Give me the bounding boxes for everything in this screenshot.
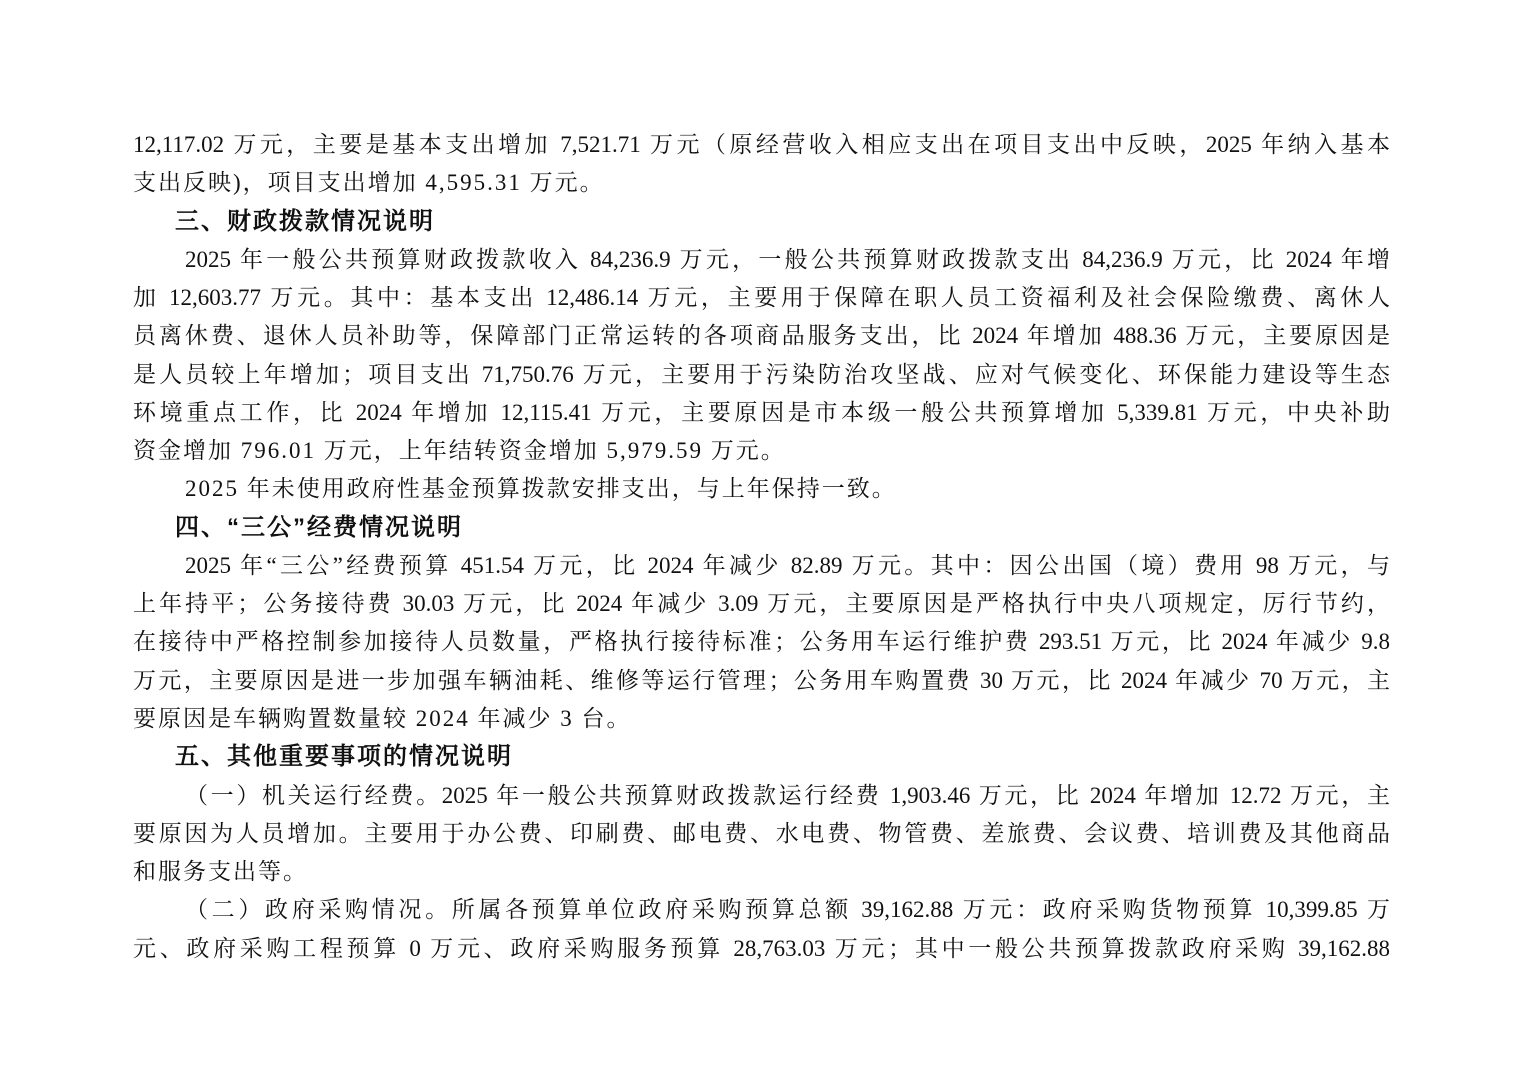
- text-line: 支出反映)，项目支出增加 4,595.31 万元。: [133, 164, 1390, 202]
- section-heading: 五、其他重要事项的情况说明: [133, 738, 1390, 776]
- text-line: 要原因是车辆购置数量较 2024 年减少 3 台。: [133, 700, 1390, 738]
- text-line: 资金增加 796.01 万元，上年结转资金增加 5,979.59 万元。: [133, 432, 1390, 470]
- section-heading: 四、“三公”经费情况说明: [133, 509, 1390, 547]
- document-page: { "page": { "background_color": "#ffffff…: [0, 0, 1520, 1074]
- text-line: 员离休费、退休人员补助等，保障部门正常运转的各项商品服务支出，比 2024 年增…: [133, 317, 1390, 355]
- text-line: （二）政府采购情况。所属各预算单位政府采购预算总额 39,162.88 万元：政…: [133, 891, 1390, 929]
- text-line: 是人员较上年增加；项目支出 71,750.76 万元，主要用于污染防治攻坚战、应…: [133, 356, 1390, 394]
- text-line: 万元，主要原因是进一步加强车辆油耗、维修等运行管理；公务用车购置费 30 万元，…: [133, 662, 1390, 700]
- document-content: 12,117.02 万元，主要是基本支出增加 7,521.71 万元（原经营收入…: [133, 126, 1390, 968]
- text-line: 2025 年“三公”经费预算 451.54 万元，比 2024 年减少 82.8…: [133, 547, 1390, 585]
- text-line: 2025 年未使用政府性基金预算拨款安排支出，与上年保持一致。: [133, 470, 1390, 508]
- text-line: 在接待中严格控制参加接待人员数量，严格执行接待标准；公务用车运行维护费 293.…: [133, 623, 1390, 661]
- text-line: 加 12,603.77 万元。其中：基本支出 12,486.14 万元，主要用于…: [133, 279, 1390, 317]
- text-line: 12,117.02 万元，主要是基本支出增加 7,521.71 万元（原经营收入…: [133, 126, 1390, 164]
- text-line: 要原因为人员增加。主要用于办公费、印刷费、邮电费、水电费、物管费、差旅费、会议费…: [133, 815, 1390, 853]
- text-line: 环境重点工作，比 2024 年增加 12,115.41 万元，主要原因是市本级一…: [133, 394, 1390, 432]
- text-line: 2025 年一般公共预算财政拨款收入 84,236.9 万元，一般公共预算财政拨…: [133, 241, 1390, 279]
- section-heading: 三、财政拨款情况说明: [133, 203, 1390, 241]
- text-line: 上年持平；公务接待费 30.03 万元，比 2024 年减少 3.09 万元，主…: [133, 585, 1390, 623]
- text-line: 和服务支出等。: [133, 853, 1390, 891]
- text-line: 元、政府采购工程预算 0 万元、政府采购服务预算 28,763.03 万元；其中…: [133, 930, 1390, 968]
- text-line: （一）机关运行经费。2025 年一般公共预算财政拨款运行经费 1,903.46 …: [133, 777, 1390, 815]
